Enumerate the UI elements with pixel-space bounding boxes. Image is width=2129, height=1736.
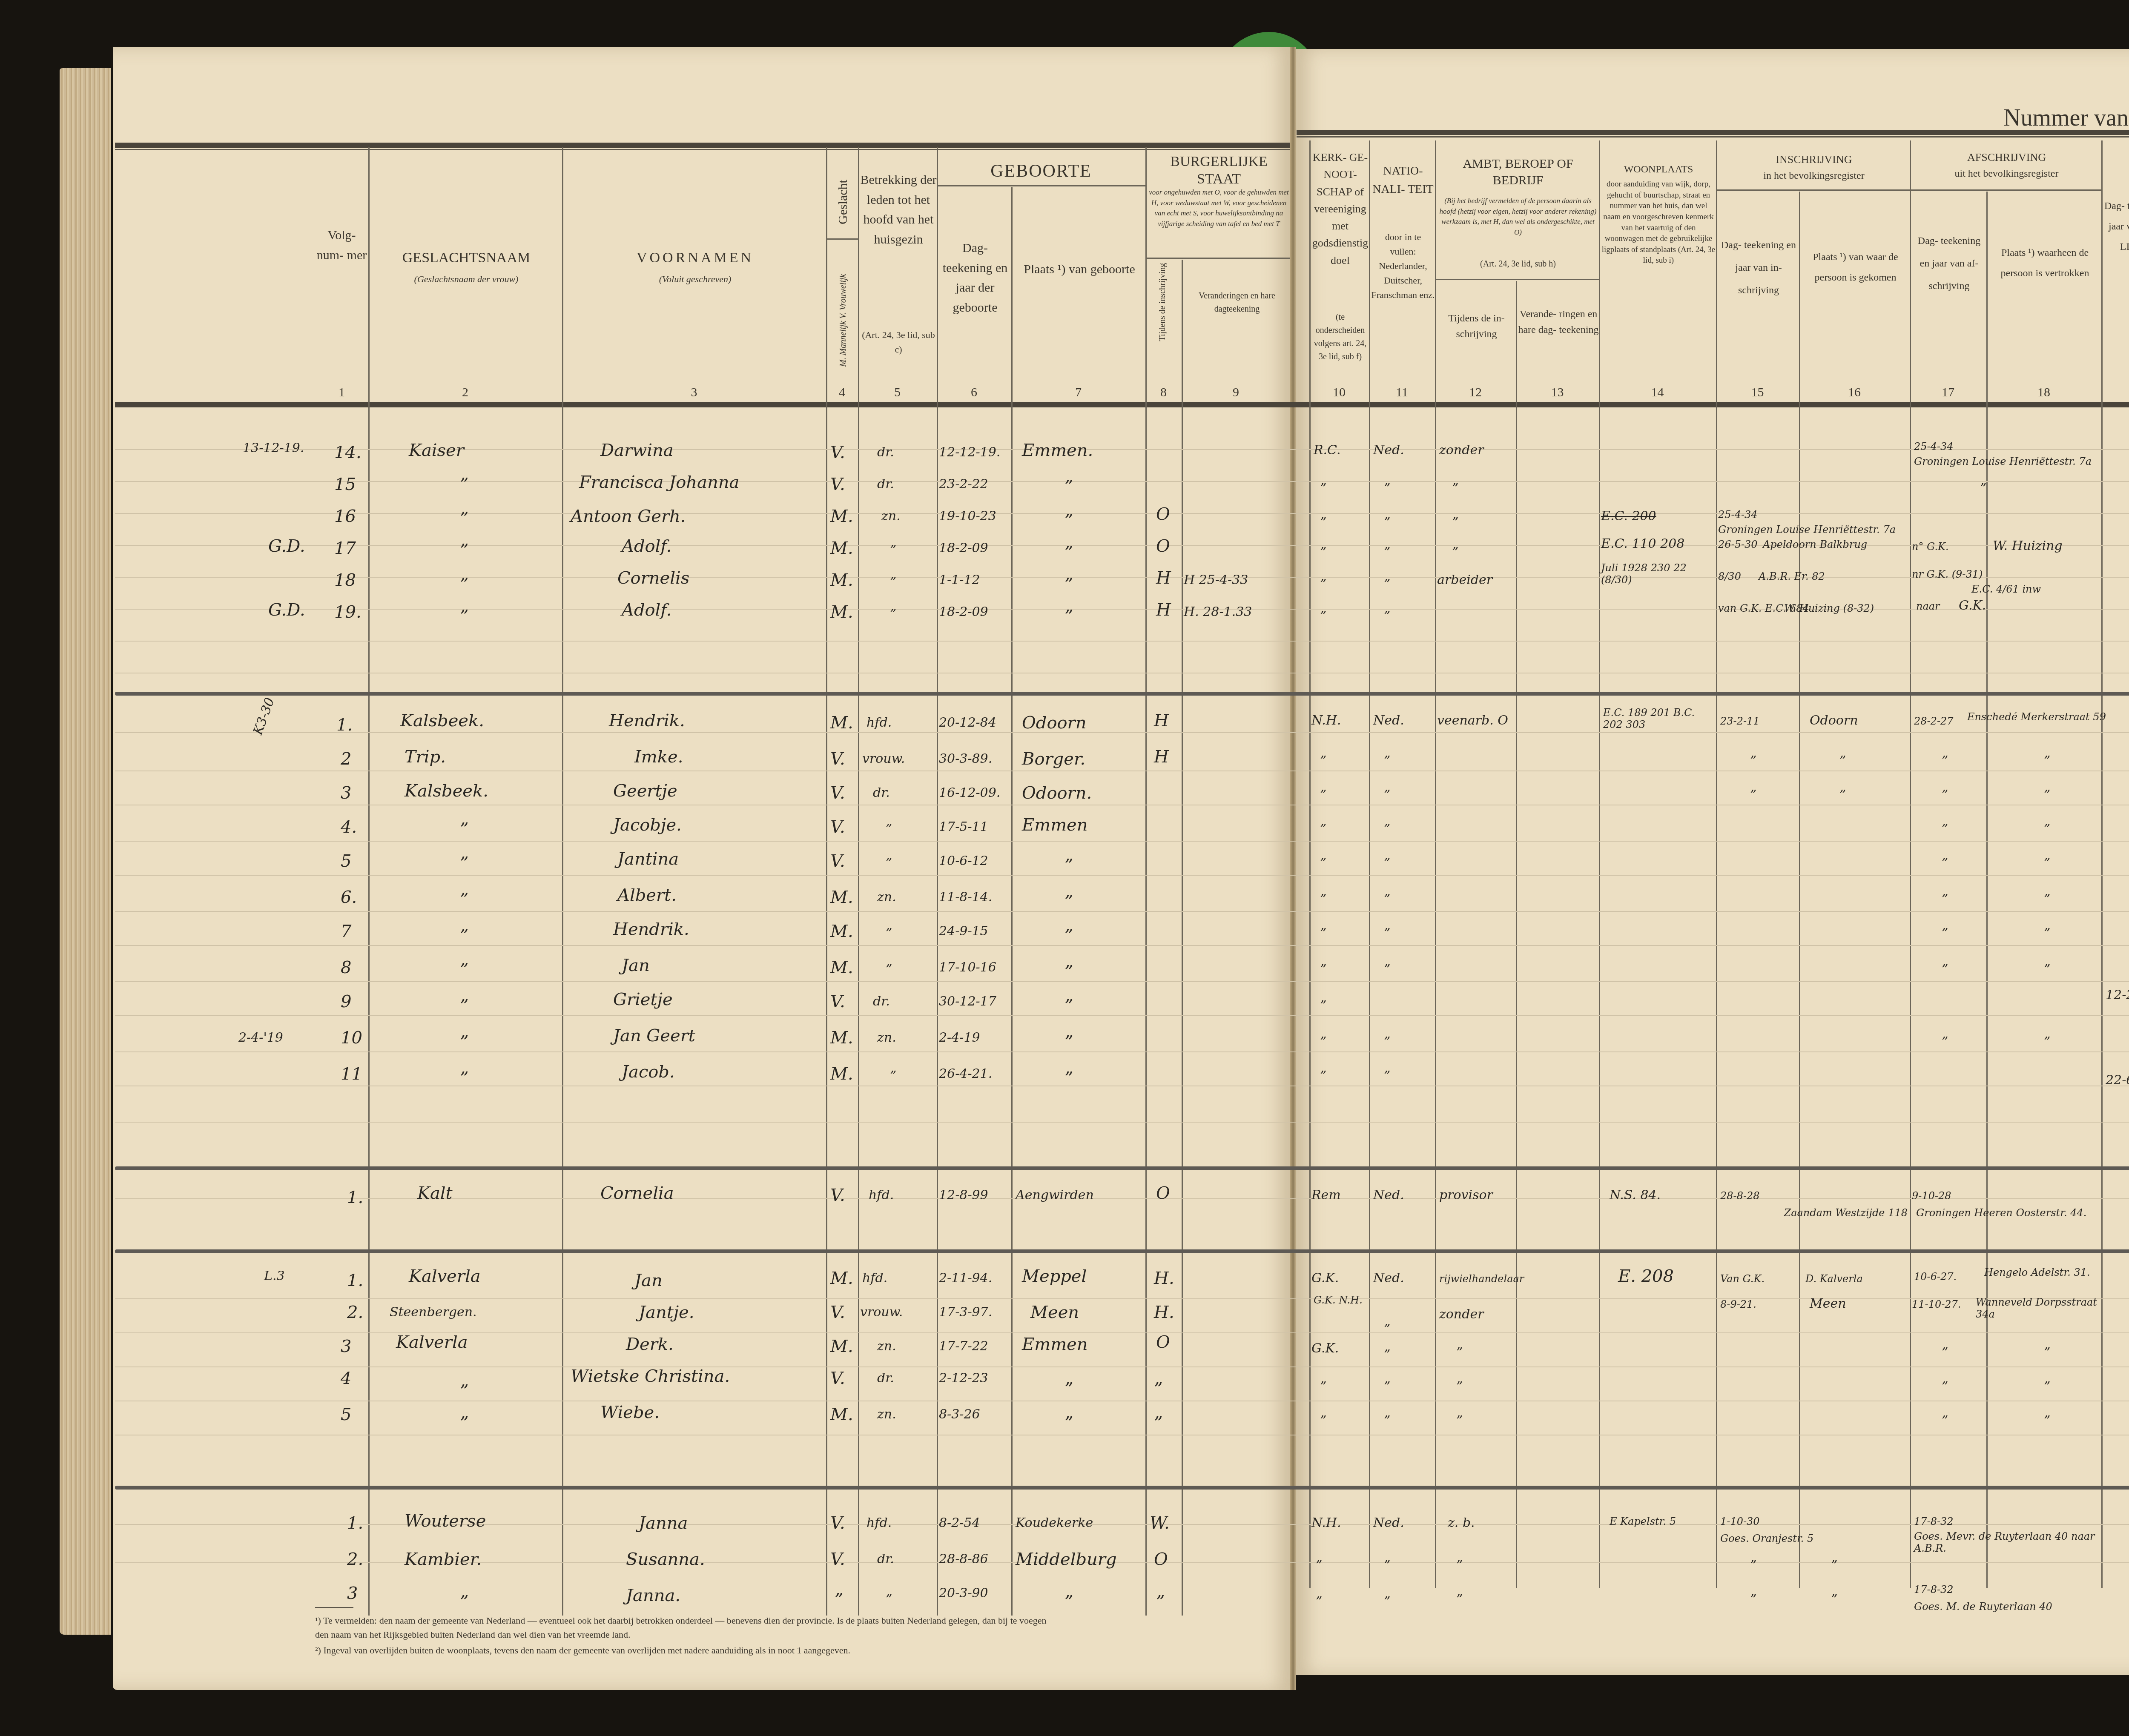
cell-betrekking: ” <box>886 962 892 977</box>
cell-geslacht: V. <box>830 992 845 1011</box>
col-number: 3 <box>562 385 826 400</box>
cell-geboortedatum: 30-12-17 <box>939 994 996 1009</box>
cell-burgerlijke-staat: O <box>1156 1183 1170 1203</box>
footnote-1: ¹) Te vermelden: den naam der gemeente v… <box>315 1613 1047 1641</box>
col15-header: Dag- teekening en jaar van in- schrijvin… <box>1718 234 1799 301</box>
cell-geslachtsnaam: Kalverla <box>396 1332 468 1352</box>
cell-betrekking: ” <box>886 926 892 941</box>
cell-inschrijving-plaats: Goes. Oranjestr. 5 <box>1720 1533 1813 1544</box>
cell-geslacht: M. <box>830 1064 853 1084</box>
cell-voornamen: Janna. <box>626 1586 680 1605</box>
cell-burgerlijke-staat: O <box>1156 1332 1170 1352</box>
cell-voornamen: Cornelia <box>600 1183 674 1203</box>
cell-nationaliteit: ” <box>1384 1413 1390 1428</box>
cell-geboortedatum: 2-4-19 <box>939 1030 980 1045</box>
ruled-line <box>115 875 2129 876</box>
cell-kerkgenootschap: G.K. <box>1311 1341 1339 1356</box>
cell-nationaliteit: ” <box>1384 609 1390 624</box>
cell-afschrijving-datum: ” <box>1942 1345 1948 1360</box>
cell-betrekking: ” <box>890 543 896 558</box>
ruled-line <box>115 1401 2129 1401</box>
cell-geslachtsnaam: Kalt <box>417 1183 453 1203</box>
ruled-line <box>115 1015 2129 1016</box>
cell-inschrijving-datum: 23-2-11 <box>1720 715 1760 727</box>
cell-afschrijving-datum: ” <box>1942 892 1948 907</box>
col8-header: Tijdens de inschrijving <box>1158 282 1168 341</box>
cell-margin: G.D. <box>268 536 305 556</box>
cell-ambt: ” <box>1456 1592 1463 1607</box>
cell-ambt: ” <box>1452 515 1458 530</box>
cell-burgerlijke-staat: ” <box>1154 1413 1162 1433</box>
cell-geboortedatum: 19-10-23 <box>939 509 996 524</box>
col-divider <box>826 147 827 1616</box>
cell-kerkgenootschap: ” <box>1320 481 1326 496</box>
cell-kerkgenootschap: ” <box>1320 892 1326 907</box>
cell-geslachtsnaam: ” <box>460 1381 468 1401</box>
col-divider <box>1369 140 1370 1588</box>
cell-volgnummer: 10 <box>341 1028 362 1048</box>
col-number: 17 <box>1910 385 1986 400</box>
cell-geslachtsnaam: ” <box>460 960 468 980</box>
cell-geboortedatum: 23-2-22 <box>939 477 988 492</box>
cell-geslachtsnaam: ” <box>460 1069 468 1088</box>
cell-geboorteplaats: ” <box>1064 856 1073 875</box>
cell-voornamen: Darwina <box>600 441 674 460</box>
col-number: 8 <box>1145 385 1182 400</box>
cell-betrekking: dr. <box>873 785 890 800</box>
cell-ambt: z. b. <box>1448 1515 1475 1530</box>
cell-geslacht: V. <box>830 475 845 494</box>
cell-afschrijving-plaats: ” <box>2044 926 2050 941</box>
cell-inschrijving-plaats: Meen <box>1810 1296 1846 1311</box>
cell-geboortedatum: 26-4-21. <box>939 1066 992 1081</box>
col-number: 12 <box>1435 385 1516 400</box>
cell-voornamen: Cornelis <box>617 568 689 588</box>
cell-geslacht: M. <box>830 507 853 526</box>
cell-afschrijving-datum: n° G.K. <box>1912 541 1949 553</box>
cell-geslacht: M. <box>830 888 853 907</box>
cell-geslachtsnaam: Kalsbeek. <box>400 711 484 730</box>
cell-nationaliteit: ” <box>1384 892 1390 907</box>
ambt-note: (Bij het bedrijf vermelden of de persoon… <box>1439 196 1597 238</box>
cell-burgerlijke-staat: ” <box>1156 1592 1165 1612</box>
cell-inschrijving-datum: Van G.K. <box>1720 1273 1765 1285</box>
cell-geslacht: M. <box>830 1028 853 1048</box>
geboorte-group-header: GEBOORTE <box>937 158 1145 185</box>
col-number: 13 <box>1516 385 1599 400</box>
ruled-line <box>115 577 2129 578</box>
left-page <box>113 47 1292 1690</box>
cell-volgnummer: 1. <box>347 1513 363 1533</box>
ruled-line <box>115 1435 2129 1435</box>
cell-geslachtsnaam: ” <box>460 890 468 909</box>
cell-afschrijving-datum: 17-8-32 <box>1914 1515 1954 1527</box>
cell-inschrijving-plaats: Zaandam Westzijde 118 <box>1720 1207 1908 1219</box>
ruled-line <box>115 841 2129 842</box>
cell-kerkgenootschap: G.K. N.H. <box>1314 1294 1365 1306</box>
cell-ambt: rijwielhandelaar <box>1439 1273 1524 1285</box>
col-number: 14 <box>1599 385 1716 400</box>
cell-geboorteplaats: Borger. <box>1022 749 1085 769</box>
cell-geslachtsnaam: ” <box>460 509 468 528</box>
cell-geslachtsnaam: ” <box>460 607 468 626</box>
col-divider <box>1182 260 1183 1616</box>
cell-woonplaats: E.C. 189 201 B.C. 202 303 <box>1603 707 1714 730</box>
cell-afschrijving-datum: ” <box>1942 1413 1948 1428</box>
cell-nationaliteit: ” <box>1384 1347 1390 1362</box>
cell-volgnummer: 6. <box>341 888 357 907</box>
cell-geboortedatum: 17-10-16 <box>939 960 996 975</box>
cell-geslacht: V. <box>830 1303 845 1322</box>
cell-afschrijving-datum: 28-2-27 <box>1914 715 1954 727</box>
cell-ambt: ” <box>1452 545 1458 560</box>
cell-geslacht: V. <box>830 1513 845 1533</box>
cell-geslachtsnaam: ” <box>460 1413 468 1433</box>
cell-afschrijving-datum: naar <box>1916 600 1940 612</box>
cell-volgnummer: 15 <box>334 475 356 494</box>
cell-voornamen: Hendrik. <box>613 920 689 939</box>
col-number: 11 <box>1369 385 1435 400</box>
cell-kerkgenootschap: ” <box>1316 1594 1322 1609</box>
ruled-line <box>115 641 2129 642</box>
cell-volgnummer: 19. <box>334 602 362 622</box>
cell-afschrijving-datum: ” <box>1942 753 1948 768</box>
col-divider <box>1716 140 1717 1588</box>
cell-nationaliteit: ” <box>1384 1379 1390 1394</box>
cell-geslachtsnaam: Trip. <box>405 747 446 767</box>
col4-subheader: M. Mannelijk V. Vrouwelijk <box>838 256 848 367</box>
cell-nationaliteit: Ned. <box>1373 713 1404 728</box>
cell-woonplaats: E.C. 200 <box>1601 509 1656 524</box>
cell-afschrijving-datum: ” <box>1942 1379 1948 1394</box>
cell-nationaliteit: Ned. <box>1373 443 1404 458</box>
cell-ambt: zonder <box>1439 1307 1484 1322</box>
cell-geboortedatum: 11-8-14. <box>939 890 992 905</box>
cell-voornamen: Antoon Gerh. <box>571 507 686 526</box>
cell-nationaliteit: ” <box>1384 1069 1390 1083</box>
col2-subheader: (Geslachtsnaam der vrouw) <box>370 272 562 286</box>
col6-header: Dag- teekening en jaar der geboorte <box>939 238 1011 318</box>
cell-geboorteplaats: Koudekerke <box>1016 1515 1093 1530</box>
cell-geboorteplaats: ” <box>1064 962 1073 982</box>
ruled-line <box>115 1122 2129 1123</box>
ruled-line <box>115 732 2129 733</box>
cell-burgerlijke-staat: H <box>1156 600 1171 620</box>
cell-geslacht: M. <box>830 602 853 622</box>
cell-nationaliteit: ” <box>1384 753 1390 768</box>
cell-geboorteplaats: ” <box>1064 1032 1073 1052</box>
cell-volgnummer: 7 <box>341 922 351 941</box>
cell-voornamen: Susanna. <box>626 1550 705 1569</box>
cell-volgnummer: 5 <box>341 1405 351 1424</box>
cell-geboortedatum: 24-9-15 <box>939 924 988 939</box>
col-number: 2 <box>368 385 562 400</box>
cell-geboorteplaats: Emmen. <box>1022 441 1093 460</box>
cell-geboorteplaats: ” <box>1064 926 1073 945</box>
cell-voornamen: Jacobje. <box>613 815 682 835</box>
header-bottom-rule <box>115 402 2129 407</box>
cell-kerkgenootschap: ” <box>1320 1379 1326 1394</box>
cell-geboorteplaats: ” <box>1064 1379 1073 1399</box>
cell-geslacht: V. <box>830 1369 845 1388</box>
cell-geboorteplaats: ” <box>1064 892 1073 911</box>
family-margin-note: 13-12-19. <box>243 441 304 455</box>
col19-header: Dag- teekening en jaar van OVER- LIJDEN … <box>2103 196 2129 257</box>
cell-afschrijving-plaats: ” <box>2044 892 2050 907</box>
cell-geboorteplaats: ” <box>1064 1592 1073 1612</box>
col-number: 6 <box>937 385 1011 400</box>
cell-woonplaats: E.C. 110 208 <box>1601 536 1684 551</box>
col-divider <box>562 147 563 1616</box>
cell-afschrijving-datum: ” <box>1942 822 1948 836</box>
inschrijving-group-sub: in het bevolkingsregister <box>1718 168 1910 184</box>
cell-ambt: ” <box>1452 481 1458 496</box>
cell-volgnummer: 3 <box>341 1337 351 1356</box>
cell-inschrijving-plaats: ” <box>1831 1592 1837 1607</box>
cell-afschrijving-datum: 11-10-27. <box>1912 1298 1961 1310</box>
cell-burgerlijke-staat: H. <box>1154 1303 1174 1322</box>
cell-afschrijving-plaats: ” <box>2044 788 2050 802</box>
cell-volgnummer: 5 <box>341 851 351 871</box>
cell-volgnummer: 2 <box>341 749 351 769</box>
cell-geboortedatum: 18-2-09 <box>939 604 988 619</box>
cell-nationaliteit: ” <box>1384 1034 1390 1049</box>
col7-header: Plaats ¹) van geboorte <box>1013 260 1145 280</box>
cell-woonplaats: E. 208 <box>1618 1266 1674 1286</box>
cell-nationaliteit: ” <box>1384 962 1390 977</box>
cell-geboorteplaats: ” <box>1064 543 1073 562</box>
cell-volgnummer: 9 <box>341 992 351 1011</box>
cell-geboortedatum: 20-3-90 <box>939 1586 988 1601</box>
cell-afschrijving-plaats: Groningen Louise Henriëttestr. 7a <box>1914 455 2093 467</box>
cell-afschrijving-datum: ” <box>1942 1034 1948 1049</box>
cell-geslacht: V. <box>830 851 845 871</box>
cell-betrekking: zn. <box>881 509 901 524</box>
cell-voornamen: Francisca Johanna <box>579 473 739 492</box>
cell-voornamen: Jan <box>634 1271 663 1290</box>
cell-nationaliteit: ” <box>1384 577 1390 592</box>
cell-geslacht: M. <box>830 1269 853 1288</box>
cell-geboorteplaats: ” <box>1064 477 1073 496</box>
cell-volgnummer: 4. <box>341 817 357 837</box>
cell-geboortedatum: 17-7-22 <box>939 1339 988 1354</box>
cell-ambt: ” <box>1456 1413 1463 1428</box>
ruled-line <box>115 805 2129 805</box>
cell-kerkgenootschap: ” <box>1320 577 1326 592</box>
cell-voornamen: Adolf. <box>622 600 671 620</box>
col5-subheader: (Art. 24, 3e lid, sub c) <box>860 328 937 357</box>
cell-burgerlijke-staat: O <box>1154 1550 1168 1569</box>
afschrijving-rule <box>1910 189 2101 191</box>
cell-betrekking: ” <box>886 856 892 871</box>
cell-inschrijving-datum: 25-4-34 <box>1718 509 1758 521</box>
cell-geboortedatum: 2-12-23 <box>939 1371 988 1386</box>
cell-kerkgenootschap: ” <box>1320 926 1326 941</box>
col-number: 19 <box>2101 385 2129 400</box>
family-separator <box>115 1166 2129 1170</box>
col17-header: Dag- teekening en jaar van af- schrijvin… <box>1912 230 1986 297</box>
cell-burgerlijke-staat: H <box>1156 568 1171 588</box>
cell-afschrijving-plaats: ” <box>2044 1034 2050 1049</box>
cell-ambt: ” <box>1456 1558 1463 1573</box>
cell-geboorteplaats: Odoorn <box>1022 713 1086 733</box>
cell-geslachtsnaam: ” <box>460 926 468 945</box>
cell-geslacht: V. <box>830 1186 845 1205</box>
ambt-art: (Art. 24, 3e lid, sub h) <box>1439 258 1597 271</box>
cell-geslacht: V. <box>830 1550 845 1569</box>
cell-geboorteplaats: Emmen <box>1022 1335 1088 1354</box>
cell-nationaliteit: ” <box>1384 515 1390 530</box>
cell-inschrijving-datum: ” <box>1750 753 1756 768</box>
cell-kerkgenootschap: ” <box>1316 1558 1322 1573</box>
col-divider <box>2101 140 2103 1588</box>
burgerlijke-staat-header: BURGERLIJKE STAAT <box>1148 153 1290 188</box>
col11-header: NATIO- NALI- TEIT <box>1371 162 1435 199</box>
cell-burgerlijke-staat: H <box>1154 711 1169 730</box>
cell-voornamen: Janna <box>639 1513 688 1533</box>
cell-betrekking: dr. <box>873 994 890 1009</box>
cell-geslacht: V. <box>830 817 845 837</box>
cell-inschrijving-datum: 8/30 <box>1718 570 1741 582</box>
cell-nationaliteit: ” <box>1384 481 1390 496</box>
cell-volgnummer: 11 <box>341 1064 362 1084</box>
ruled-line <box>115 1086 2129 1086</box>
cell-geboorteplaats: Middelburg <box>1016 1550 1117 1569</box>
cell-geboorteplaats: ” <box>1064 996 1073 1016</box>
cell-geslachtsnaam: Kalsbeek. <box>405 781 488 801</box>
cell-geboorteplaats: ” <box>1064 607 1073 626</box>
cell-geslacht: M. <box>830 958 853 977</box>
cell-nationaliteit: ” <box>1384 926 1390 941</box>
cell-geboortedatum: 16-12-09. <box>939 785 1000 800</box>
cell-overlijden: 12-2-19 <box>2106 988 2129 1003</box>
col4-header: Geslacht <box>836 156 850 224</box>
cell-volgnummer: 18 <box>334 570 356 590</box>
col-divider <box>368 147 370 1616</box>
cell-volgnummer: 3 <box>347 1584 358 1603</box>
cell-volgnummer: 2. <box>347 1550 363 1569</box>
cell-margin: 2-4-'19 <box>238 1030 283 1045</box>
inschrijving-rule <box>1716 189 1910 191</box>
cell-betrekking: ” <box>890 607 896 622</box>
cell-inschrijving-plaats: W. Huizing (8-32) <box>1784 602 1874 614</box>
cell-burgerlijke-staat: O <box>1156 504 1170 524</box>
col-number: 10 <box>1309 385 1369 400</box>
cell-afschrijving-plaats: Goes. Mevr. de Ruyterlaan 40 naar A.B.R. <box>1914 1530 2101 1554</box>
cell-inschrijving-datum: ” <box>1750 1592 1756 1607</box>
cell-geboortedatum: 28-8-86 <box>939 1552 988 1567</box>
cell-geboorteplaats: Odoorn. <box>1022 783 1092 803</box>
cell-ambt: ” <box>1456 1345 1463 1360</box>
col-number: 9 <box>1182 385 1290 400</box>
cell-geboortedatum: 17-3-97. <box>939 1305 992 1320</box>
col12-header: Tijdens de in- schrijving <box>1437 311 1516 342</box>
cell-geslachtsnaam: ” <box>460 819 468 839</box>
cell-voornamen: Imke. <box>634 747 683 767</box>
cell-kerkgenootschap: Rem <box>1311 1188 1341 1203</box>
cell-nationaliteit: Ned. <box>1373 1271 1404 1286</box>
cell-ambt: arbeider <box>1437 573 1492 587</box>
cell-nationaliteit: ” <box>1384 1558 1390 1573</box>
cell-volgnummer: 1. <box>347 1271 363 1290</box>
cell-afschrijving-plaats: Enschedé Merkerstraat 59 <box>1967 711 2108 723</box>
cell-inschrijving-datum: 1-10-30 <box>1720 1515 1760 1527</box>
cell-betrekking: dr. <box>877 1552 894 1567</box>
ambt-group-header: AMBT, BEROEP OF BEDRIJF <box>1437 155 1599 189</box>
col-divider <box>937 147 938 1616</box>
col10-subheader: (te onderscheiden volgens art. 24, 3e li… <box>1311 311 1369 364</box>
cell-burgerlijke-staat-verandering: H 25-4-33 <box>1184 573 1248 587</box>
col-divider <box>1986 192 1988 1588</box>
cell-ambt: zonder <box>1439 443 1484 458</box>
cell-kerkgenootschap: ” <box>1320 788 1326 802</box>
cell-afschrijving-datum: ” <box>1942 962 1948 977</box>
cell-inschrijving-plaats: Odoorn <box>1810 713 1858 728</box>
cell-afschrijving-datum: 25-4-34 <box>1914 441 1954 453</box>
cell-geboorteplaats: ” <box>1064 511 1073 530</box>
cell-geboortedatum: 8-3-26 <box>939 1407 980 1422</box>
cell-afschrijving-datum: ” <box>1942 926 1948 941</box>
cell-voornamen: Adolf. <box>622 536 671 556</box>
col-number: 4 <box>826 385 858 400</box>
cell-burgerlijke-staat: ” <box>1154 1379 1162 1399</box>
cell-volgnummer: 17 <box>334 539 356 558</box>
ruled-line <box>115 771 2129 771</box>
col-divider <box>1309 140 1311 1588</box>
book-gutter <box>1290 47 1296 1690</box>
cell-geslacht: ” <box>835 1590 843 1610</box>
cell-betrekking: zn. <box>877 1030 896 1045</box>
ruled-line <box>115 481 2129 482</box>
cell-voornamen: Jantje. <box>639 1303 694 1322</box>
cell-geslachtsnaam: Kambier. <box>405 1550 482 1569</box>
cell-kerkgenootschap: R.C. <box>1314 443 1341 458</box>
burgerlijke-staat-rule <box>1145 258 1290 259</box>
cell-geboorteplaats: ” <box>1064 575 1073 594</box>
cell-voornamen: Geertje <box>613 781 677 801</box>
cell-kerkgenootschap: ” <box>1320 609 1326 624</box>
col9-header: Veranderingen en hare dagteekening <box>1184 289 1290 316</box>
cell-geslachtsnaam: ” <box>460 1592 468 1612</box>
cell-burgerlijke-staat: H. <box>1154 1269 1174 1288</box>
cell-geboortedatum: 18-2-09 <box>939 541 988 556</box>
cell-inschrijving-plaats: D. Kalverla <box>1805 1273 1863 1285</box>
cell-geboorteplaats: ” <box>1064 1413 1073 1433</box>
cell-voornamen: Grietje <box>613 990 673 1009</box>
col-divider <box>1799 192 1800 1588</box>
cell-woonplaats: E Kapelstr. 5 <box>1610 1515 1676 1527</box>
cell-geslachtsnaam: ” <box>460 475 468 494</box>
afschrijving-group-sub: uit het bevolkingsregister <box>1912 166 2101 182</box>
cell-betrekking: dr. <box>877 445 894 460</box>
cell-voornamen: Derk. <box>626 1335 674 1354</box>
col18-header: Plaats ¹) waarheen de persoon is vertrok… <box>1988 243 2101 284</box>
col-divider <box>1435 140 1436 1588</box>
cell-geboortedatum: 2-11-94. <box>939 1271 992 1286</box>
cell-betrekking: hfd. <box>862 1271 887 1286</box>
col-number: 15 <box>1716 385 1799 400</box>
cell-geslachtsnaam: ” <box>460 1032 468 1052</box>
col-number: 1 <box>315 385 368 400</box>
cell-geboortedatum: 20-12-84 <box>939 715 996 730</box>
col-divider <box>1599 140 1600 1588</box>
col3-header: VOORNAMEN <box>564 247 826 269</box>
cell-betrekking: hfd. <box>867 1515 892 1530</box>
cell-volgnummer: 3 <box>341 783 351 803</box>
cell-geslachtsnaam: Wouterse <box>405 1511 486 1531</box>
cell-burgerlijke-staat-verandering: H. 28-1.33 <box>1184 604 1252 619</box>
cell-nationaliteit: ” <box>1384 822 1390 836</box>
